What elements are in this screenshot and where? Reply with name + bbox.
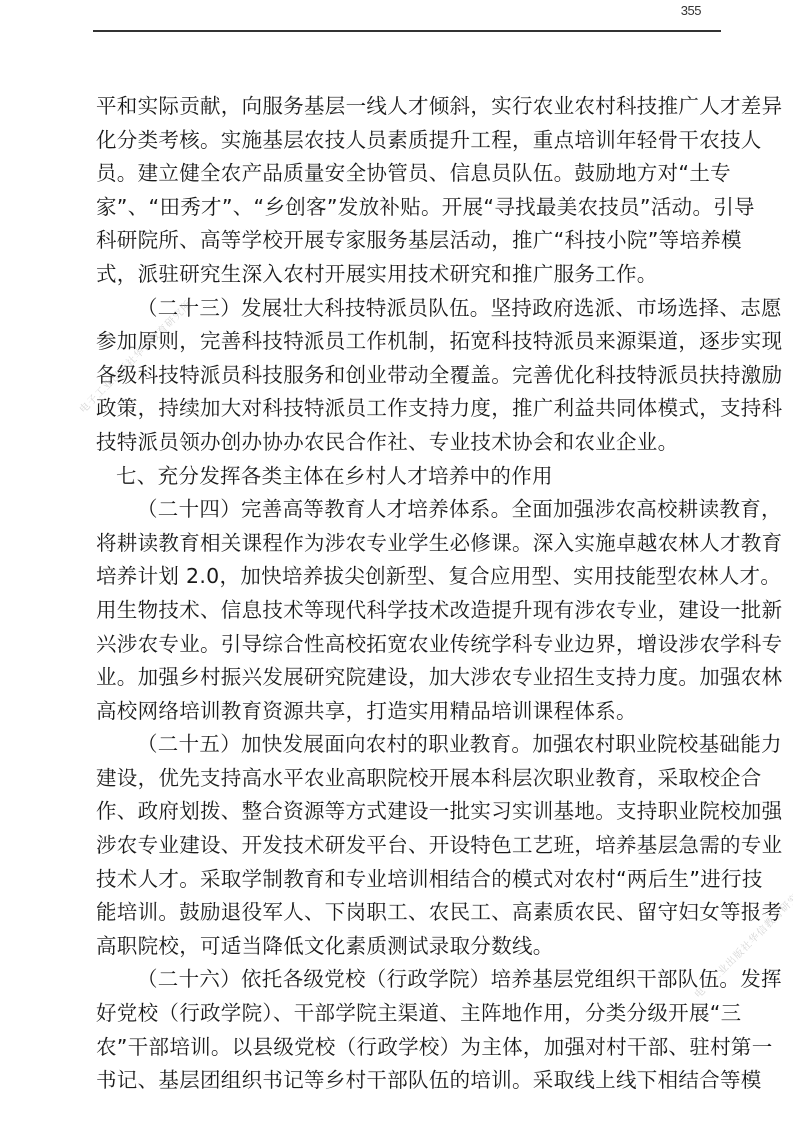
text-line: 兴涉农专业。引导综合性高校拓宽农业传统学科专业边界，增设涉农学科专 bbox=[96, 628, 716, 662]
text-line: （二十六）依托各级党校（行政学院）培养基层党组织干部队伍。发挥 bbox=[96, 963, 716, 997]
document-body: 平和实际贡献，向服务基层一线人才倾斜，实行农业农村科技推广人才差异化分类考核。实… bbox=[96, 90, 716, 1098]
page-number: 355 bbox=[681, 3, 701, 18]
text-line: 高校网络培训教育资源共享，打造实用精品培训课程体系。 bbox=[96, 695, 716, 729]
text-line: 涉农专业建设、开发技术研发平台、开设特色工艺班，培养基层急需的专业 bbox=[96, 829, 716, 863]
text-line: 书记、基层团组织书记等乡村干部队伍的培训。采取线上线下相结合等模 bbox=[96, 1064, 716, 1098]
text-line: 员。建立健全农产品质量安全协管员、信息员队伍。鼓励地方对“土专 bbox=[96, 157, 716, 191]
text-line: 化分类考核。实施基层农技人员素质提升工程，重点培训年轻骨干农技人 bbox=[96, 124, 716, 158]
text-line: 政策，持续加大对科技特派员工作支持力度，推广利益共同体模式，支持科 bbox=[96, 392, 716, 426]
text-line: 用生物技术、信息技术等现代科学技术改造提升现有涉农专业，建设一批新 bbox=[96, 594, 716, 628]
text-line: 能培训。鼓励退役军人、下岗职工、农民工、高素质农民、留守妇女等报考 bbox=[96, 896, 716, 930]
text-line: 家”、“田秀才”、“乡创客”发放补贴。开展“寻找最美农技员”活动。引导 bbox=[96, 191, 716, 225]
text-line: （二十三）发展壮大科技特派员队伍。坚持政府选派、市场选择、志愿 bbox=[96, 292, 716, 326]
text-line: 科研院所、高等学校开展专家服务基层活动，推广“科技小院”等培养模 bbox=[96, 224, 716, 258]
text-line: 将耕读教育相关课程作为涉农专业学生必修课。深入实施卓越农林人才教育 bbox=[96, 527, 716, 561]
text-line: 技术人才。采取学制教育和专业培训相结合的模式对农村“两后生”进行技 bbox=[96, 863, 716, 897]
text-line: 式，派驻研究生深入农村开展实用技术研究和推广服务工作。 bbox=[96, 258, 716, 292]
text-line: 建设，优先支持高水平农业高职院校开展本科层次职业教育，采取校企合 bbox=[96, 762, 716, 796]
section-heading: 七、充分发挥各类主体在乡村人才培养中的作用 bbox=[96, 460, 716, 494]
text-line: 农”干部培训。以县级党校（行政学校）为主体，加强对村干部、驻村第一 bbox=[96, 1031, 716, 1065]
text-line: 平和实际贡献，向服务基层一线人才倾斜，实行农业农村科技推广人才差异 bbox=[96, 90, 716, 124]
text-line: （二十四）完善高等教育人才培养体系。全面加强涉农高校耕读教育， bbox=[96, 493, 716, 527]
header-rule bbox=[93, 30, 721, 32]
text-line: （二十五）加快发展面向农村的职业教育。加强农村职业院校基础能力 bbox=[96, 728, 716, 762]
text-line: 高职院校，可适当降低文化素质测试录取分数线。 bbox=[96, 930, 716, 964]
text-line: 培养计划 2.0，加快培养拔尖创新型、复合应用型、实用技能型农林人才。 bbox=[96, 560, 716, 594]
text-line: 各级科技特派员科技服务和创业带动全覆盖。完善优化科技特派员扶持激励 bbox=[96, 359, 716, 393]
text-line: 作、政府划拨、整合资源等方式建设一批实习实训基地。支持职业院校加强 bbox=[96, 795, 716, 829]
text-line: 参加原则，完善科技特派员工作机制，拓宽科技特派员来源渠道，逐步实现 bbox=[96, 325, 716, 359]
text-line: 好党校（行政学院）、干部学院主渠道、主阵地作用，分类分级开展“三 bbox=[96, 997, 716, 1031]
text-line: 业。加强乡村振兴发展研究院建设，加大涉农专业招生支持力度。加强农林 bbox=[96, 661, 716, 695]
text-line: 技特派员领办创办协办农民合作社、专业技术协会和农业企业。 bbox=[96, 426, 716, 460]
